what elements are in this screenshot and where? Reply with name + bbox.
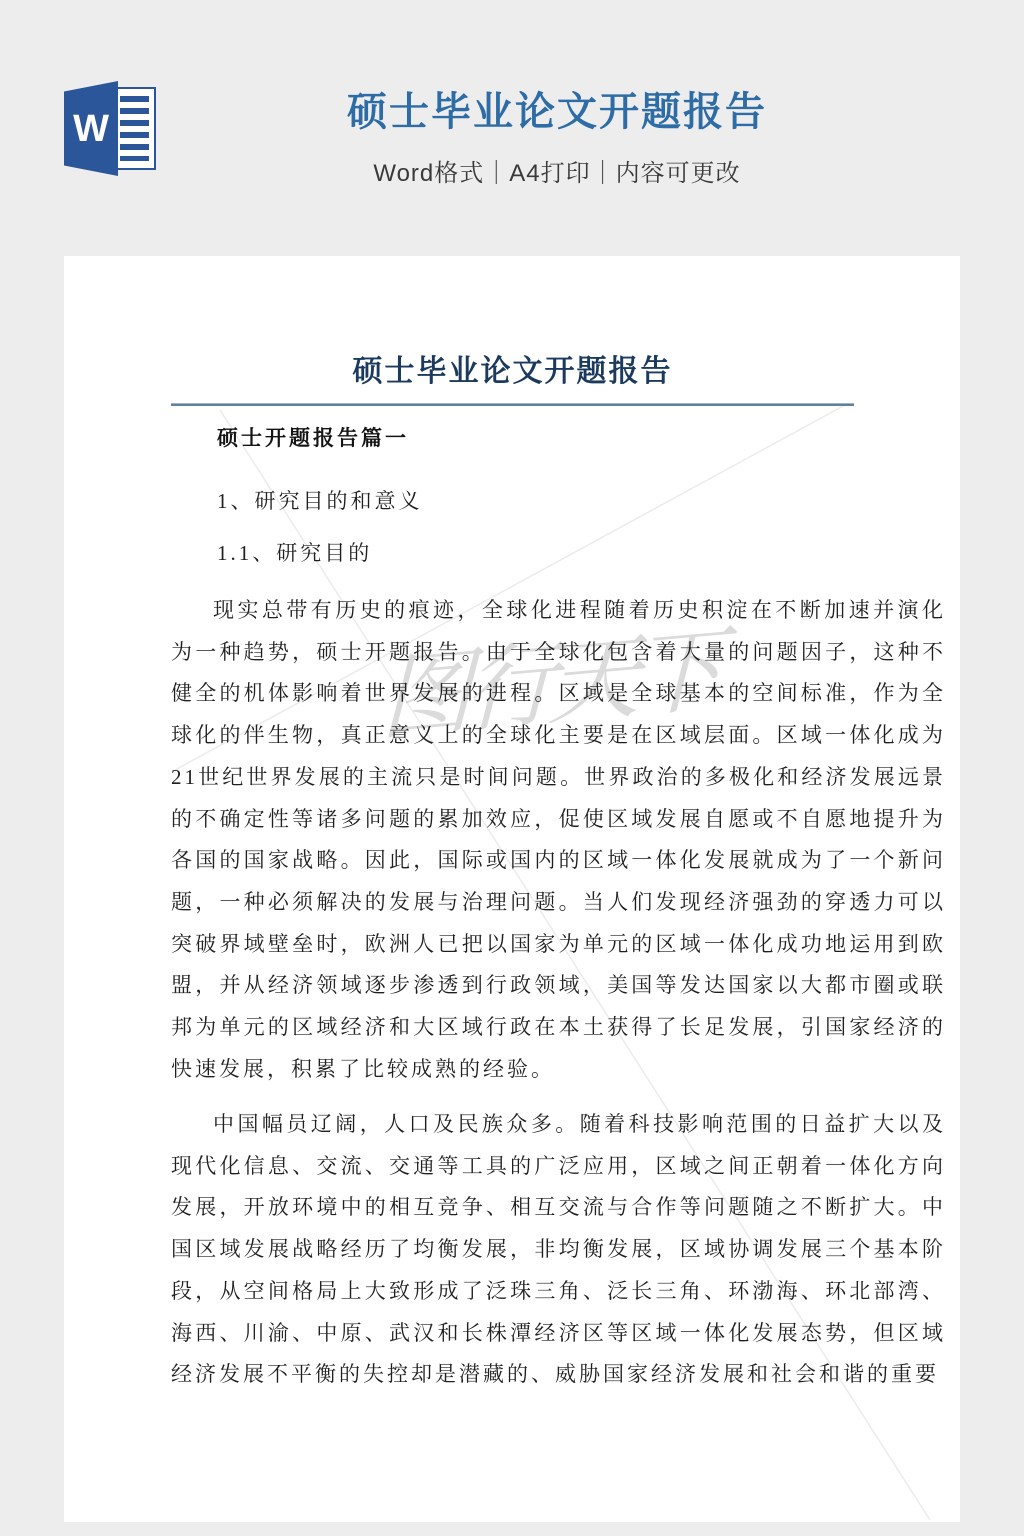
template-header: W 硕士毕业论文开题报告 Word格式｜A4打印｜内容可更改: [0, 0, 1024, 256]
section-heading: 硕士开题报告篇一: [171, 425, 942, 451]
template-subtitle: Word格式｜A4打印｜内容可更改: [90, 153, 1024, 188]
document-title: 硕士毕业论文开题报告: [171, 354, 854, 390]
body-paragraph-1: 现实总带有历史的痕迹，全球化进程随着历史积淀在不断加速并演化为一种趋势，硕士开题…: [171, 590, 946, 1090]
header-text-block: 硕士毕业论文开题报告 Word格式｜A4打印｜内容可更改: [90, 88, 1024, 188]
document-page: 图行天下 硕士毕业论文开题报告 硕士开题报告篇一 1、研究目的和意义 1.1、研…: [64, 256, 960, 1522]
template-title: 硕士毕业论文开题报告: [90, 88, 1024, 136]
outline-heading-1: 1、研究目的和意义: [171, 488, 942, 514]
title-divider: [171, 403, 854, 406]
outline-heading-1-1: 1.1、研究目的: [171, 540, 942, 566]
body-paragraph-2: 中国幅员辽阔，人口及民族众多。随着科技影响范围的日益扩大以及现代化信息、交流、交…: [171, 1104, 946, 1396]
